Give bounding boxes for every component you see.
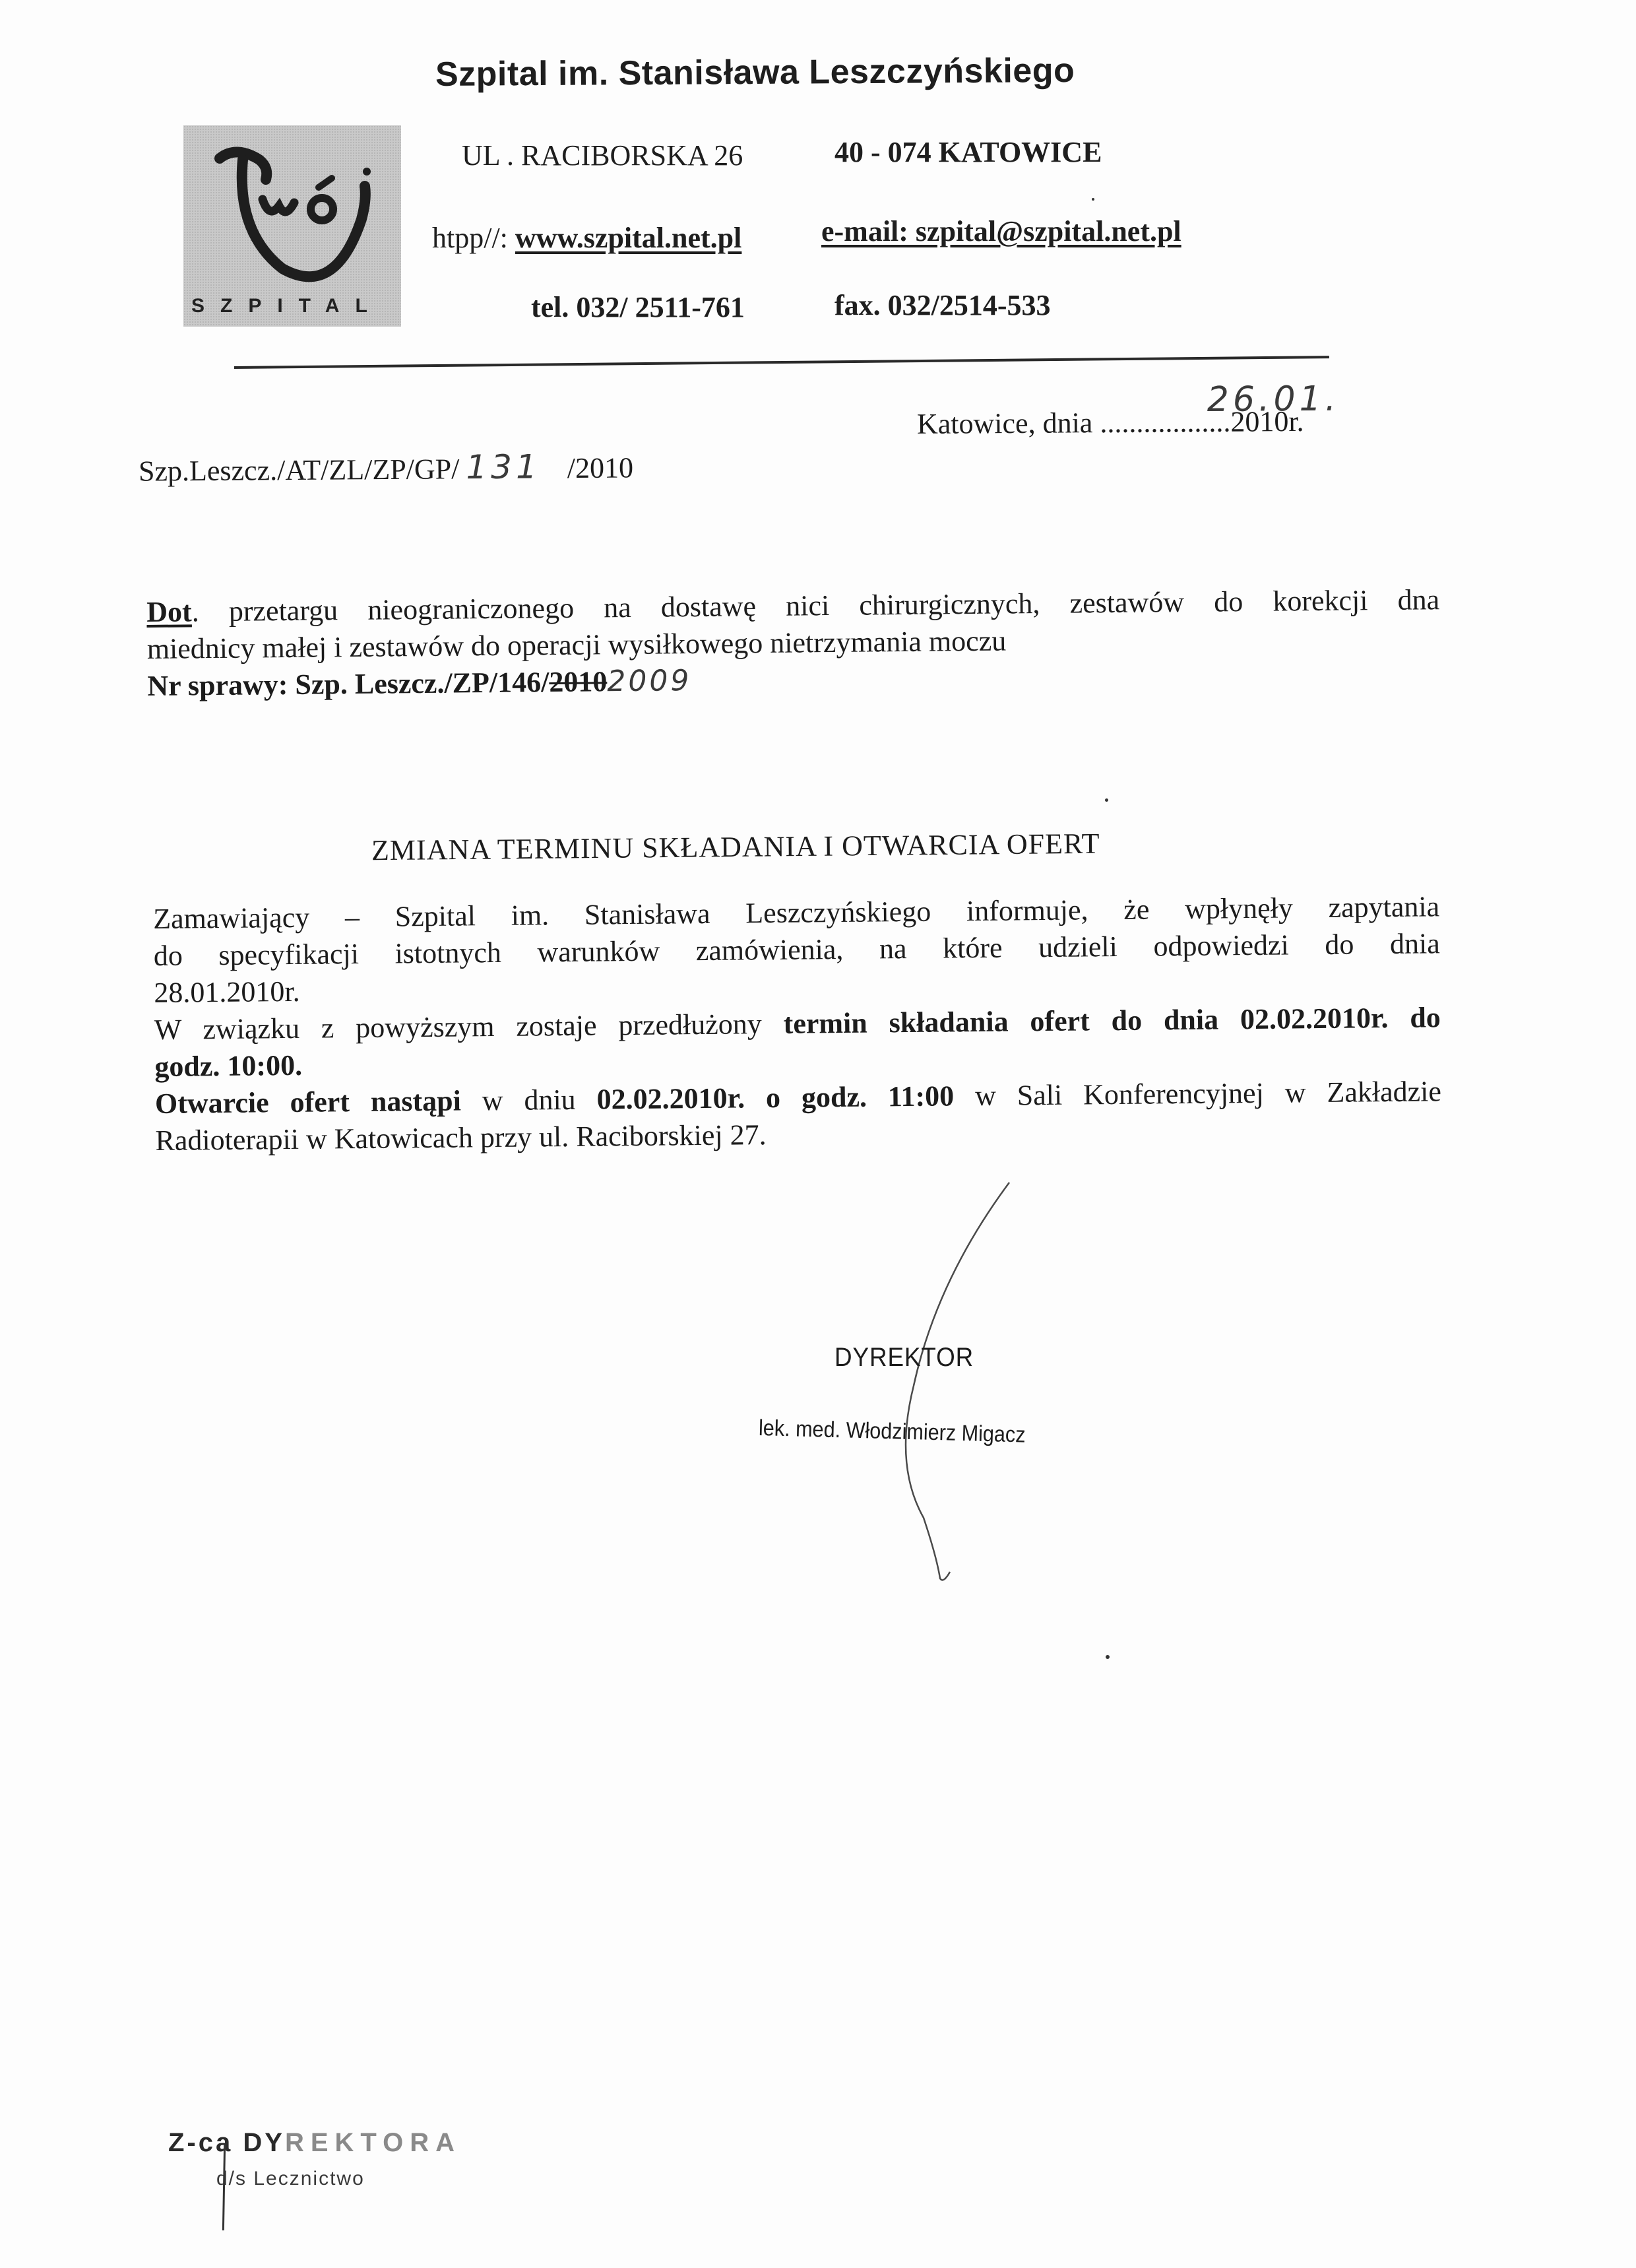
opening-place: w Sali Konferencyjnej w Zakładzie <box>954 1075 1441 1112</box>
notice-title: ZMIANA TERMINU SKŁADANIA I OTWARCIA OFER… <box>371 827 1100 868</box>
reference-prefix: Szp.Leszcz./AT/ZL/ZP/GP/ <box>139 453 460 487</box>
opening-label: Otwarcie ofert nastąpi <box>155 1084 482 1120</box>
website-prefix: htpp//: <box>432 222 515 254</box>
reference-number: Szp.Leszcz./AT/ZL/ZP/GP/131/2010 <box>139 447 633 488</box>
address: UL . RACIBORSKA 26 <box>462 139 743 172</box>
case-prefix: Nr sprawy: Szp. Leszcz./ZP/146/ <box>147 666 549 702</box>
scan-speck <box>1092 198 1094 201</box>
reference-handwritten-number: 131 <box>466 447 541 486</box>
opening-datetime: 02.02.2010r. o godz. 11:00 <box>596 1080 954 1115</box>
email-link[interactable]: e-mail: szpital@szpital.net.pl <box>821 214 1181 248</box>
subject-block: Dot. przetargu nieograniczonego na dosta… <box>146 581 1441 705</box>
postal-city: 40 - 074 KATOWICE <box>834 135 1102 169</box>
deputy-director-stamp: Z-ca DYREKTORA <box>168 2128 461 2158</box>
date-dots: ........... <box>1100 406 1180 439</box>
reference-suffix: /2010 <box>567 451 634 484</box>
twoj-smile-logo-icon <box>197 133 388 292</box>
extension-text: W związku z powyższym zostaje przedłużon… <box>154 1008 784 1046</box>
scan-speck <box>1106 1655 1110 1659</box>
stamp-department: d/s Lecznictwo <box>216 2168 365 2190</box>
handwritten-signature-stroke <box>858 1168 1029 1597</box>
hospital-name: Szpital im. Stanisława Leszczyńskiego <box>435 51 1075 94</box>
deadline-time: godz. 10:00. <box>154 1049 302 1083</box>
hospital-logo: SZPITAL <box>183 125 401 327</box>
website-link[interactable]: www.szpital.net.pl <box>515 222 741 254</box>
scan-speck <box>1105 798 1108 802</box>
date-prefix: Katowice, dnia <box>917 406 1100 440</box>
subject-label: Dot <box>146 595 192 628</box>
stamp-text-dark: Z-ca DY <box>168 2128 285 2157</box>
notice-body: Zamawiający – Szpital im. Stanisława Les… <box>153 888 1442 1159</box>
case-handwritten-year: 2009 <box>607 664 691 698</box>
date-line: Katowice, dnia ..................2010r. … <box>917 405 1304 441</box>
opening-day-label: w dniu <box>482 1084 596 1117</box>
document-page: Szpital im. Stanisława Leszczyńskiego SZ… <box>0 0 1636 2268</box>
deadline-text: termin składania ofert do dnia 02.02.201… <box>783 1001 1441 1040</box>
logo-wordmark: SZPITAL <box>191 295 393 317</box>
fax: fax. 032/2514-533 <box>834 288 1051 322</box>
stamp-text-faded: REKTORA <box>285 2128 461 2157</box>
telephone: tel. 032/ 2511-761 <box>531 290 745 324</box>
signatory-title: DYREKTOR <box>834 1343 974 1373</box>
handwritten-date: 26.01. <box>1207 379 1340 420</box>
website-line: htpp//: www.szpital.net.pl <box>432 221 741 255</box>
header-divider <box>234 356 1329 369</box>
case-struck-year: 2010 <box>549 665 607 698</box>
